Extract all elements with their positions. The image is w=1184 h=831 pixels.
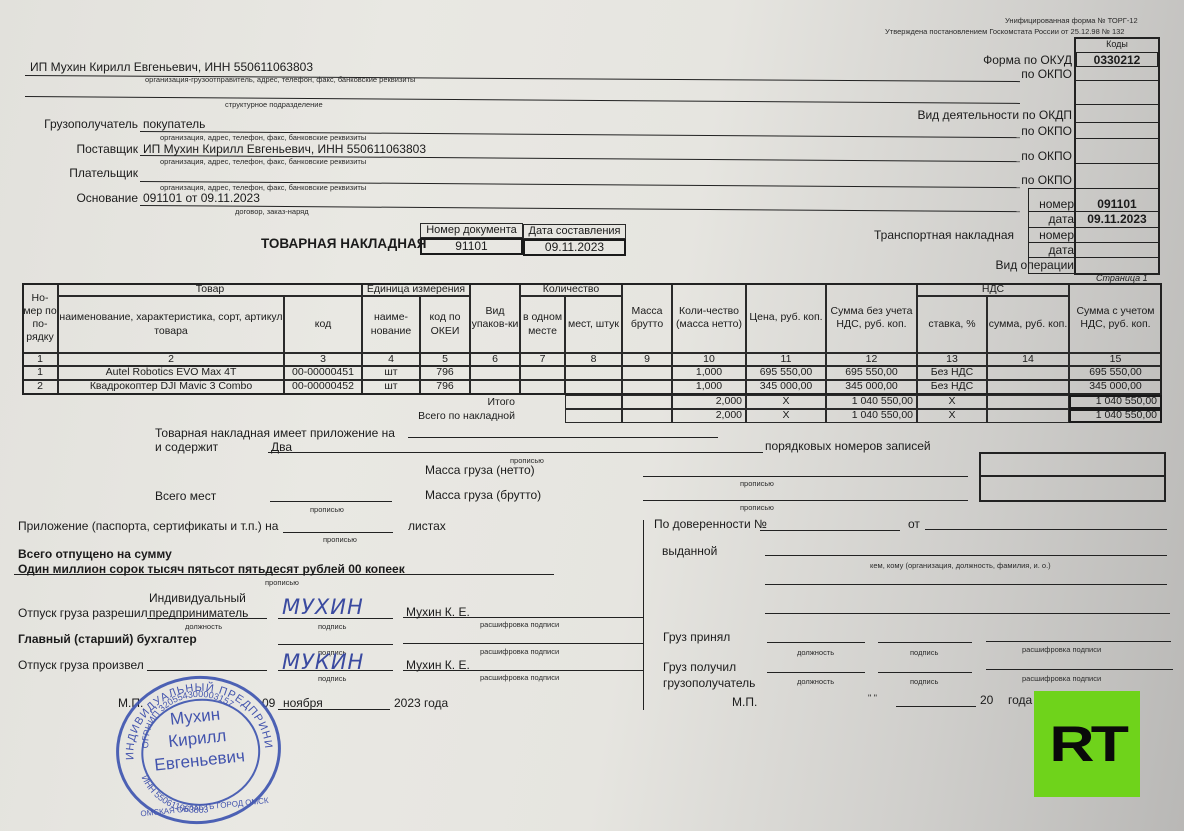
allowed-position-caption: должность <box>185 622 222 631</box>
total-label: Всего отпущено на сумму <box>18 547 172 561</box>
basis-value: 091101 от 09.11.2023 <box>143 191 260 205</box>
basis-date-label: дата <box>1000 212 1074 226</box>
document-title: ТОВАРНАЯ НАКЛАДНАЯ <box>261 236 426 251</box>
header-pack: Вид упаков-ки <box>470 283 520 353</box>
operation-label: Вид операции <box>900 258 1074 272</box>
table-row-cell: 1 <box>22 366 58 380</box>
header-vat-sum: сумма, руб. коп. <box>987 296 1069 353</box>
company-stamp: ИНДИВИДУАЛЬНЫЙ ПРЕДПРИНИМАТЕЛЬ ОГРНИП 32… <box>109 668 289 831</box>
header-goods-code: код <box>284 296 362 353</box>
released-signature-caption: подпись <box>318 674 346 683</box>
transport-date-label: дата <box>1000 243 1074 257</box>
column-number: 4 <box>362 353 420 366</box>
supplier-value: ИП Мухин Кирилл Евгеньевич, ИНН 55061106… <box>143 142 426 156</box>
accepted-name-caption: расшифровка подписи <box>1022 645 1101 654</box>
table-row-cell: 695 550,00 <box>746 366 826 380</box>
net-mass-label: Масса груза (нетто) <box>425 463 535 477</box>
date-month: ноября <box>283 696 323 710</box>
header-unit: Единица измерения <box>362 283 470 296</box>
received-signature-caption: подпись <box>910 677 938 686</box>
table-row-cell: Без НДС <box>917 366 987 380</box>
table-row-cell: шт <box>362 366 420 380</box>
column-number: 5 <box>420 353 470 366</box>
header-sum-with-vat: Сумма с учетом НДС, руб. коп. <box>1069 283 1162 353</box>
okud-label: Форма по ОКУД <box>900 53 1072 67</box>
vsego-total: 1 040 550,00 <box>1069 409 1162 423</box>
header-goods-name: наименование, характеристика, сорт, арти… <box>58 296 284 353</box>
table-row-cell: 1,000 <box>672 380 746 394</box>
okpo-label-4: по ОКПО <box>900 173 1072 187</box>
table-row-cell <box>470 380 520 394</box>
table-row-cell: 796 <box>420 380 470 394</box>
vsego-label: Всего по накладной <box>370 410 515 422</box>
vsego-sum: 1 040 550,00 <box>826 409 917 423</box>
column-number: 14 <box>987 353 1069 366</box>
itogo-rate: X <box>917 395 987 409</box>
itogo-qty: 2,000 <box>672 395 746 409</box>
allowed-label: Отпуск груза разрешил <box>18 606 148 620</box>
column-number: 13 <box>917 353 987 366</box>
approval-label: Утверждена постановлением Госкомстата Ро… <box>885 27 1124 36</box>
basis-label: Основание <box>0 191 138 205</box>
table-row-cell: 345 000,00 <box>826 380 917 394</box>
transport-label: Транспортная накладная <box>874 228 1014 242</box>
released-label: Отпуск груза произвел <box>18 658 144 672</box>
consignee-label: Грузополучатель <box>0 117 138 131</box>
consignee-value: покупатель <box>143 117 205 131</box>
basis-caption: договор, заказ-наряд <box>235 207 309 216</box>
received-label-2: грузополучатель <box>663 676 755 690</box>
payer-label: Плательщик <box>0 166 138 180</box>
column-number: 2 <box>58 353 284 366</box>
itogo-places <box>565 395 622 409</box>
division-caption: структурное подразделение <box>225 100 323 109</box>
date-quotes: " " <box>868 693 877 703</box>
table-row-cell <box>470 366 520 380</box>
date-year: 2023 года <box>394 696 448 710</box>
table-row-cell <box>622 366 672 380</box>
net-mass-box <box>979 452 1166 477</box>
column-number: 3 <box>284 353 362 366</box>
table-row-cell: 00-00000452 <box>284 380 362 394</box>
received-name-caption: расшифровка подписи <box>1022 674 1101 683</box>
page-label: Страница 1 <box>1096 273 1148 283</box>
column-number: 12 <box>826 353 917 366</box>
column-number: 8 <box>565 353 622 366</box>
column-number: 1 <box>22 353 58 366</box>
shipper-value: ИП Мухин Кирилл Евгеньевич, ИНН 55061106… <box>30 60 313 74</box>
rt-logo: RT <box>1034 691 1140 797</box>
header-price: Цена, руб. коп. <box>746 283 826 353</box>
received-label-1: Груз получил <box>663 660 736 674</box>
allowed-name-caption: расшифровка подписи <box>480 620 559 629</box>
column-number: 6 <box>470 353 520 366</box>
vsego-qty: 2,000 <box>672 409 746 423</box>
appendix-caption: прописью <box>323 535 357 544</box>
table-row-cell <box>520 366 565 380</box>
allowed-signature-caption: подпись <box>318 622 346 631</box>
table-row-cell: 1,000 <box>672 366 746 380</box>
header-goods: Товар <box>58 283 362 296</box>
header-net-qty: Коли-чество (масса нетто) <box>672 283 746 353</box>
gross-mass-label: Масса груза (брутто) <box>425 488 541 502</box>
doc-number-header: Номер документа <box>420 223 523 238</box>
doc-date-header: Дата составления <box>523 224 626 239</box>
vsego-price: X <box>746 409 826 423</box>
column-number: 10 <box>672 353 746 366</box>
header-qty-one-place: в одном месте <box>520 296 565 353</box>
issued-caption: кем, кому (организация, должность, фамил… <box>870 561 1051 570</box>
table-row-cell <box>987 380 1069 394</box>
table-row-cell: 695 550,00 <box>826 366 917 380</box>
allowed-position-1: Индивидуальный <box>149 591 246 605</box>
places-caption: прописью <box>310 505 344 514</box>
itogo-gross <box>622 395 672 409</box>
released-name-caption: расшифровка подписи <box>480 673 559 682</box>
codes-box <box>1074 37 1160 275</box>
header-unit-name: наиме-нование <box>362 296 420 353</box>
codes-header: Коды <box>1076 39 1158 49</box>
accepted-position-caption: должность <box>797 648 834 657</box>
basis-number-label: номер <box>1000 197 1074 211</box>
records-label: порядковых номеров записей <box>765 439 931 453</box>
allowed-signature: МУХИН <box>282 595 364 619</box>
table-row-cell: 345 000,00 <box>1069 380 1162 394</box>
itogo-label: Итого <box>370 396 515 408</box>
header-sum-no-vat: Сумма без учета НДС, руб. коп. <box>826 283 917 353</box>
column-number: 11 <box>746 353 826 366</box>
vsego-rate: X <box>917 409 987 423</box>
gross-mass-caption: прописью <box>740 503 774 512</box>
accountant-label: Главный (старший) бухгалтер <box>18 632 197 646</box>
accepted-signature-caption: подпись <box>910 648 938 657</box>
year-word: года <box>1008 693 1032 707</box>
okdp-label: Вид деятельности по ОКДП <box>850 108 1072 122</box>
okpo-label-1: по ОКПО <box>900 67 1072 81</box>
shipper-caption: организация-грузоотправитель, адрес, тел… <box>145 75 415 84</box>
table-row-cell <box>520 380 565 394</box>
supplier-label: Поставщик <box>0 142 138 156</box>
table-row-cell <box>565 366 622 380</box>
vsego-vat <box>987 409 1069 423</box>
vsego-gross <box>622 409 672 423</box>
table-row-cell: Без НДС <box>917 380 987 394</box>
received-position-caption: должность <box>797 677 834 686</box>
header-vat: НДС <box>917 283 1069 296</box>
column-number: 7 <box>520 353 565 366</box>
table-row-cell: шт <box>362 380 420 394</box>
column-number: 15 <box>1069 353 1162 366</box>
contains-label: и содержит <box>155 440 218 454</box>
accountant-name-caption: расшифровка подписи <box>480 647 559 656</box>
attach-label: Товарная накладная имеет приложение на <box>155 426 395 440</box>
header-qty-places: мест, штук <box>565 296 622 353</box>
table-row-cell: 00-00000451 <box>284 366 362 380</box>
itogo-vat <box>987 395 1069 409</box>
itogo-price: X <box>746 395 826 409</box>
header-row-number: Но-мер по по-рядку <box>22 283 58 353</box>
table-row-cell: 2 <box>22 380 58 394</box>
transport-number-label: номер <box>1000 228 1074 242</box>
consignee-caption: организация, адрес, телефон, факс, банко… <box>160 133 366 142</box>
itogo-total: 1 040 550,00 <box>1069 395 1162 409</box>
table-row-cell <box>987 366 1069 380</box>
itogo-sum: 1 040 550,00 <box>826 395 917 409</box>
vsego-places <box>565 409 622 423</box>
table-row-cell: 695 550,00 <box>1069 366 1162 380</box>
doc-number: 91101 <box>420 238 523 255</box>
issued-label: выданной <box>662 544 717 558</box>
header-vat-rate: ставка, % <box>917 296 987 353</box>
table-row-cell: 796 <box>420 366 470 380</box>
accepted-label: Груз принял <box>663 630 730 644</box>
basis-date-value: 09.11.2023 <box>1076 212 1158 226</box>
doc-date: 09.11.2023 <box>523 239 626 256</box>
table-row-cell: 345 000,00 <box>746 380 826 394</box>
column-number: 9 <box>622 353 672 366</box>
supplier-caption: организация, адрес, телефон, факс, банко… <box>160 157 366 166</box>
header-quantity: Количество <box>520 283 622 296</box>
proxy-from-label: от <box>908 517 920 531</box>
net-mass-caption: прописью <box>740 479 774 488</box>
okud-value: 0330212 <box>1076 53 1158 67</box>
header-unit-okei: код по ОКЕИ <box>420 296 470 353</box>
year-20: 20 <box>980 693 993 707</box>
basis-number-value: 091101 <box>1076 197 1158 211</box>
table-row-cell: Autel Robotics EVO Max 4T <box>58 366 284 380</box>
gross-mass-box <box>979 475 1166 502</box>
total-caption: прописью <box>265 578 299 587</box>
table-row-cell: Квадрокоптер DJI Mavic 3 Combo <box>58 380 284 394</box>
table-row-cell <box>565 380 622 394</box>
unified-form-label: Унифицированная форма № ТОРГ-12 <box>1005 16 1138 25</box>
sheets-label: листах <box>408 519 446 533</box>
header-gross: Масса брутто <box>622 283 672 353</box>
places-label: Всего мест <box>155 489 216 503</box>
proxy-label: По доверенности № <box>654 517 767 531</box>
table-row-cell <box>622 380 672 394</box>
rt-logo-text: RT <box>1049 715 1125 773</box>
appendix-label: Приложение (паспорта, сертификаты и т.п.… <box>18 519 278 533</box>
mp-right: М.П. <box>732 695 757 709</box>
